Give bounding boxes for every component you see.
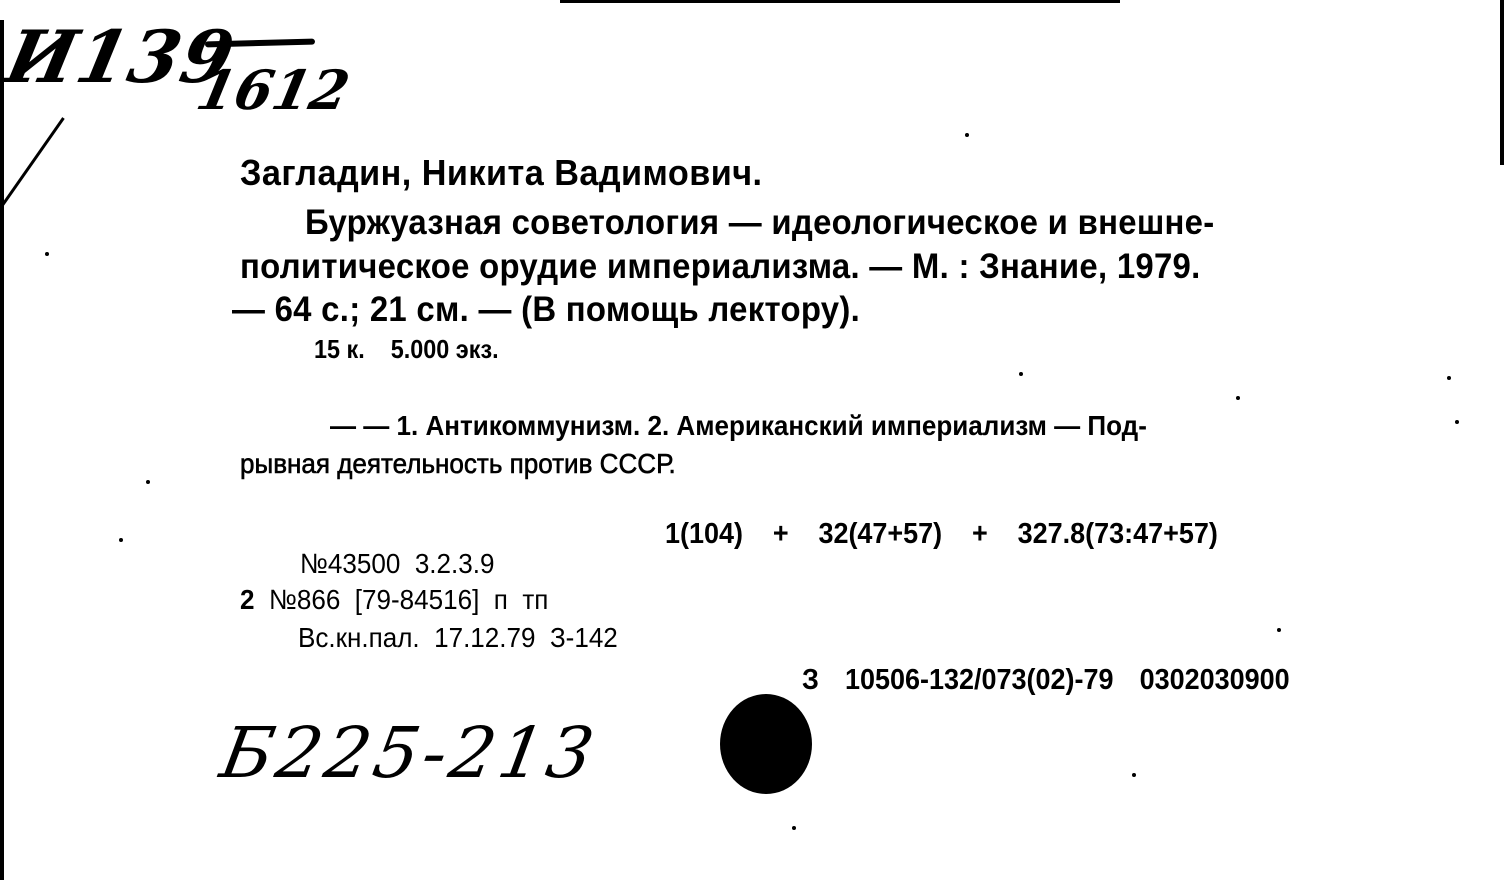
scan-speck <box>1447 376 1451 380</box>
scan-speck <box>1236 396 1240 400</box>
pen-stroke-mark <box>0 117 65 209</box>
scan-speck <box>1019 372 1023 376</box>
order-line: 2 №866 [79-84516] п тп <box>240 584 548 616</box>
punch-hole <box>720 694 812 794</box>
copies-count: 2 <box>240 584 254 615</box>
record-number: №43500 3.2.3.9 <box>300 548 494 580</box>
card-top-border <box>560 0 1120 3</box>
scan-speck <box>792 826 796 830</box>
card-left-border <box>0 20 4 880</box>
subjects-line-1: — — 1. Антикоммунизм. 2. Американский им… <box>330 410 1147 442</box>
handwritten-sub-number: 1612 <box>191 58 355 122</box>
scan-speck <box>1277 628 1281 632</box>
scan-speck <box>1132 773 1136 777</box>
title-line-3: — 64 с.; 21 см. — (В помощь лектору). <box>232 290 860 330</box>
handwritten-inventory-number: Б225-213 <box>215 712 604 794</box>
scan-speck <box>45 252 49 256</box>
catalog-card: И139 1612 Загладин, Никита Вадимович. Бу… <box>0 0 1504 880</box>
scan-speck <box>1455 420 1459 424</box>
card-right-border <box>1500 0 1504 165</box>
order-details: №866 [79-84516] п тп <box>269 584 548 615</box>
author-heading: Загладин, Никита Вадимович. <box>240 152 763 194</box>
index-code: З 10506-132/073(02)-79 0302030900 <box>802 664 1290 697</box>
classification-index: 1(104) + 32(47+57) + 327.8(73:47+57) <box>665 518 1218 551</box>
title-line-1: Буржуазная советология — идеологическое … <box>305 203 1214 243</box>
scan-speck <box>965 133 969 137</box>
book-chamber-line: Вс.кн.пал. 17.12.79 З-142 <box>298 622 618 654</box>
scan-speck <box>146 480 150 484</box>
subjects-line-2: рывная деятельность против СССР. <box>240 448 676 480</box>
scan-speck <box>119 538 123 542</box>
price-and-print-run: 15 к. 5.000 экз. <box>314 334 499 365</box>
title-line-2: политическое орудие империализма. — М. :… <box>240 247 1201 287</box>
